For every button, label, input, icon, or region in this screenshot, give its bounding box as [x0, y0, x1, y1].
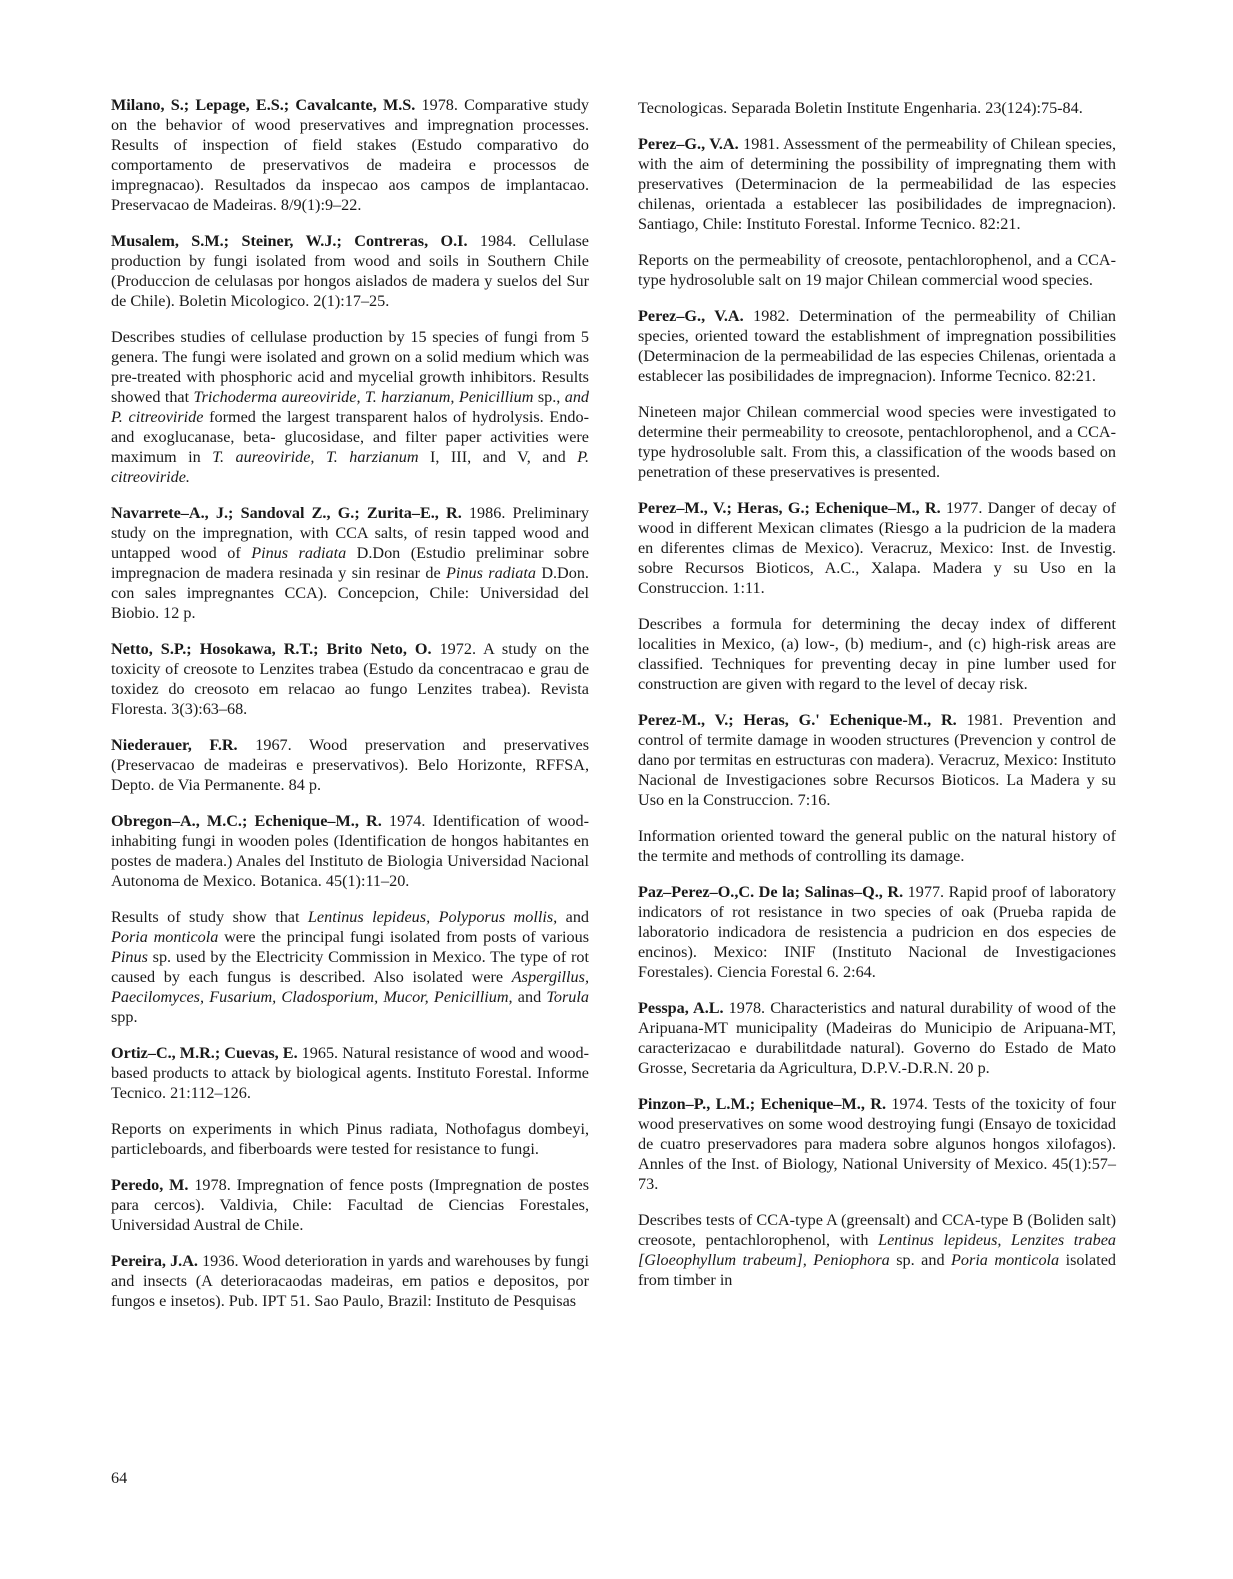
entry-authors: Ortiz–C., M.R.; Cuevas, E. [111, 1044, 298, 1062]
entry-abstract: Describes tests of CCA-type A (greensalt… [638, 1210, 1116, 1290]
entry-abstract: Reports on the permeability of creosote,… [638, 250, 1116, 290]
bibliography-entry: Ortiz–C., M.R.; Cuevas, E. 1965. Natural… [111, 1043, 589, 1103]
entry-authors: Niederauer, F.R. [111, 736, 238, 754]
bibliography-entry: Peredo, M. 1978. Impregnation of fence p… [111, 1175, 589, 1235]
entry-authors: Perez-M., V.; Heras, G.' Echenique-M., R… [638, 711, 957, 729]
bibliography-entry: Perez–G., V.A. 1982. Determination of th… [638, 306, 1116, 386]
entry-authors: Pesspa, A.L. [638, 999, 724, 1017]
left-column: Milano, S.; Lepage, E.S.; Cavalcante, M.… [111, 95, 589, 1327]
entry-authors: Milano, S.; Lepage, E.S.; Cavalcante, M.… [111, 96, 415, 114]
bibliography-entry: Perez–M., V.; Heras, G.; Echenique–M., R… [638, 498, 1116, 598]
entry-abstract: Information oriented toward the general … [638, 826, 1116, 866]
entry-authors: Perez–G., V.A. [638, 307, 744, 325]
entry-abstract: Nineteen major Chilean commercial wood s… [638, 402, 1116, 482]
bibliography-entry: Pereira, J.A. 1936. Wood deterioration i… [111, 1251, 589, 1311]
entry-authors: Netto, S.P.; Hosokawa, R.T.; Brito Neto,… [111, 640, 432, 658]
entry-authors: Obregon–A., M.C.; Echenique–M., R. [111, 812, 382, 830]
entry-authors: Navarrete–A., J.; Sandoval Z., G.; Zurit… [111, 504, 462, 522]
entry-authors: Musalem, S.M.; Steiner, W.J.; Contreras,… [111, 232, 468, 250]
bibliography-entry: Obregon–A., M.C.; Echenique–M., R. 1974.… [111, 811, 589, 891]
entry-authors: Perez–M., V.; Heras, G.; Echenique–M., R… [638, 499, 941, 517]
entry-abstract: Describes studies of cellulase productio… [111, 327, 589, 487]
bibliography-entry: Milano, S.; Lepage, E.S.; Cavalcante, M.… [111, 95, 589, 215]
entry-authors: Pinzon–P., L.M.; Echenique–M., R. [638, 1095, 886, 1113]
entry-abstract: Describes a formula for determining the … [638, 614, 1116, 694]
entry-abstract: Results of study show that Lentinus lepi… [111, 907, 589, 1027]
bibliography-entry: Perez-M., V.; Heras, G.' Echenique-M., R… [638, 710, 1116, 810]
entry-authors: Paz–Perez–O.,C. De la; Salinas–Q., R. [638, 883, 903, 901]
bibliography-entry: Musalem, S.M.; Steiner, W.J.; Contreras,… [111, 231, 589, 311]
entry-continuation: Tecnologicas. Separada Boletin Institute… [638, 98, 1116, 118]
entry-authors: Peredo, M. [111, 1176, 188, 1194]
entry-authors: Perez–G., V.A. [638, 135, 739, 153]
entry-authors: Pereira, J.A. [111, 1252, 198, 1270]
bibliography-entry: Niederauer, F.R. 1967. Wood preservation… [111, 735, 589, 795]
bibliography-entry: Navarrete–A., J.; Sandoval Z., G.; Zurit… [111, 503, 589, 623]
bibliography-entry: Perez–G., V.A. 1981. Assessment of the p… [638, 134, 1116, 234]
right-column: Tecnologicas. Separada Boletin Institute… [638, 98, 1116, 1306]
bibliography-entry: Pinzon–P., L.M.; Echenique–M., R. 1974. … [638, 1094, 1116, 1194]
bibliography-entry: Paz–Perez–O.,C. De la; Salinas–Q., R. 19… [638, 882, 1116, 982]
bibliography-entry: Netto, S.P.; Hosokawa, R.T.; Brito Neto,… [111, 639, 589, 719]
bibliography-entry: Pesspa, A.L. 1978. Characteristics and n… [638, 998, 1116, 1078]
page-number: 64 [111, 1469, 127, 1488]
entry-abstract: Reports on experiments in which Pinus ra… [111, 1119, 589, 1159]
